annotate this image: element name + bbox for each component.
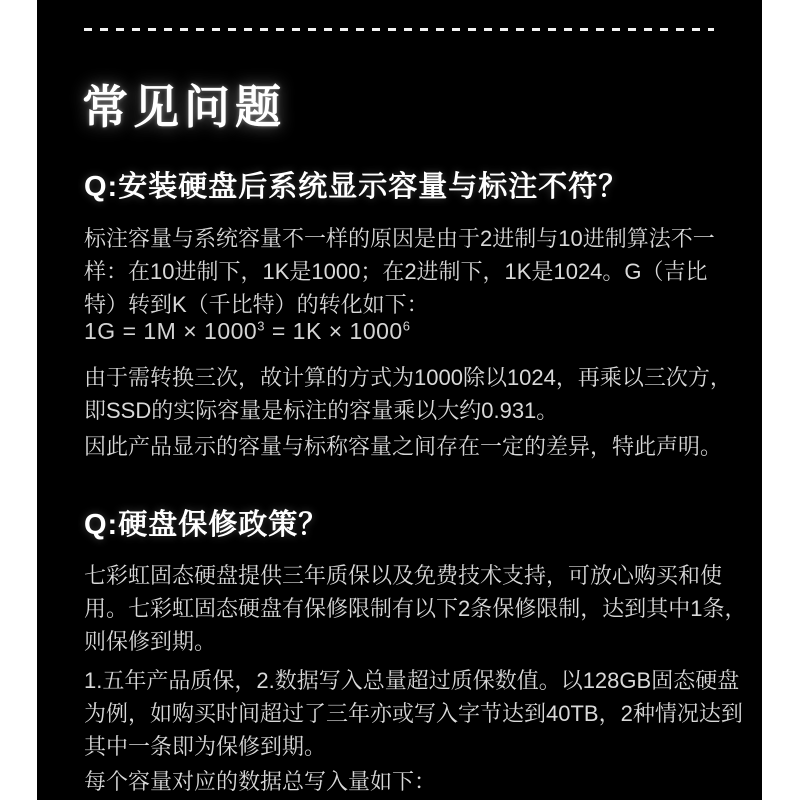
paragraph-line: 七彩虹固态硬盘提供三年质保以及免费技术支持，可放心购买和使: [84, 559, 746, 592]
paragraph-line: 为例，如购买时间超过了三年亦或写入字节达到40TB，2种情况达到: [84, 697, 743, 730]
paragraph-line: 每个容量对应的数据总写入量如下：: [84, 765, 436, 798]
paragraph-line: 1.五年产品质保，2.数据写入总量超过质保数值。以128GB固态硬盘: [84, 664, 743, 697]
page-title: 常见问题: [82, 82, 286, 132]
formula-exponent: 6: [403, 318, 411, 333]
paragraph-line: 样：在10进制下，1K是1000；在2进制下，1K是1024。G（吉比: [84, 255, 715, 288]
paragraph-line: 其中一条即为保修到期。: [84, 730, 743, 763]
question-capacity: Q:安装硬盘后系统显示容量与标注不符？: [84, 170, 628, 204]
paragraph-line: 则保修到期。: [84, 625, 746, 658]
paragraph-line: 由于需转换三次，故计算的方式为1000除以1024，再乘以三次方，: [84, 361, 732, 394]
dashed-divider: [84, 28, 714, 31]
formula-exponent: 3: [257, 318, 265, 333]
formula-segment: 1G = 1M × 1000: [84, 318, 257, 344]
answer-warranty-paragraph-2: 1.五年产品质保，2.数据写入总量超过质保数值。以128GB固态硬盘 为例，如购…: [84, 664, 743, 763]
answer-capacity-paragraph-2: 由于需转换三次，故计算的方式为1000除以1024，再乘以三次方， 即SSD的实…: [84, 361, 732, 427]
paragraph-line: 即SSD的实际容量是标注的容量乘以大约0.931。: [84, 394, 732, 427]
capacity-conversion-formula: 1G = 1M × 10003 = 1K × 10006: [84, 315, 410, 348]
faq-page: 常见问题 Q:安装硬盘后系统显示容量与标注不符？ 标注容量与系统容量不一样的原因…: [0, 0, 800, 800]
question-warranty: Q:硬盘保修政策？: [84, 508, 328, 542]
paragraph-line: 标注容量与系统容量不一样的原因是由于2进制与10进制算法不一: [84, 222, 715, 255]
content-panel: 常见问题 Q:安装硬盘后系统显示容量与标注不符？ 标注容量与系统容量不一样的原因…: [37, 0, 762, 800]
answer-capacity-paragraph-3: 因此产品显示的容量与标称容量之间存在一定的差异，特此声明。: [84, 430, 722, 463]
formula-segment: = 1K × 1000: [265, 318, 403, 344]
answer-warranty-paragraph-3: 每个容量对应的数据总写入量如下：: [84, 765, 436, 798]
answer-capacity-paragraph-1: 标注容量与系统容量不一样的原因是由于2进制与10进制算法不一 样：在10进制下，…: [84, 222, 715, 321]
answer-warranty-paragraph-1: 七彩虹固态硬盘提供三年质保以及免费技术支持，可放心购买和使 用。七彩虹固态硬盘有…: [84, 559, 746, 658]
paragraph-line: 因此产品显示的容量与标称容量之间存在一定的差异，特此声明。: [84, 430, 722, 463]
paragraph-line: 用。七彩虹固态硬盘有保修限制有以下2条保修限制，达到其中1条，: [84, 592, 746, 625]
